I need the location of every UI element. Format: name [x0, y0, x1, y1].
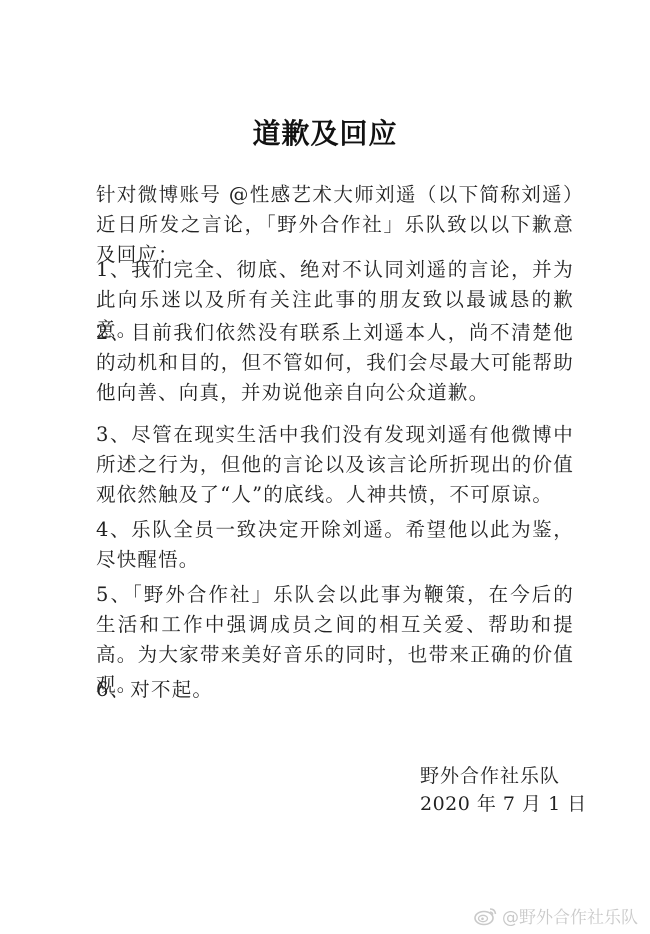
signature-organization: 野外合作社乐队 — [420, 762, 587, 790]
signature-block: 野外合作社乐队 2020 年 7 月 1 日 — [420, 762, 587, 818]
weibo-watermark: @野外合作社乐队 — [474, 903, 638, 928]
signature-date: 2020 年 7 月 1 日 — [420, 790, 587, 818]
statement-item-3: 3、尽管在现实生活中我们没有发现刘遥有他微博中所述之行为，但他的言论以及该言论所… — [96, 420, 574, 510]
statement-item-4: 4、乐队全员一致决定开除刘遥。希望他以此为鉴，尽快醒悟。 — [96, 515, 574, 575]
statement-page: 道歉及回应 针对微博账号 @性感艺术大师刘遥（以下简称刘遥）近日所发之言论，「野… — [0, 0, 650, 934]
weibo-logo-icon — [474, 906, 498, 926]
statement-item-6: 6、对不起。 — [96, 675, 574, 705]
document-title: 道歉及回应 — [0, 112, 650, 152]
watermark-text: @野外合作社乐队 — [502, 903, 638, 928]
statement-item-2: 2、目前我们依然没有联系上刘遥本人，尚不清楚他的动机和目的，但不管如何，我们会尽… — [96, 318, 574, 408]
